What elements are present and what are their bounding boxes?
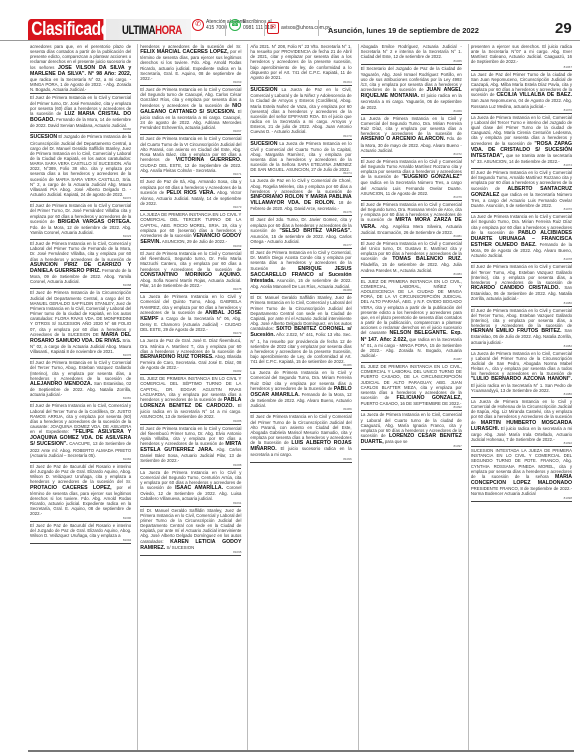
notice-code: 81071: [140, 173, 241, 176]
legal-notice: El Secretario del Juzgado de Paz de la C…: [361, 66, 462, 114]
legal-notice: La Jueza de Paz en lo Civil y Comercial …: [250, 178, 351, 216]
envelope-icon: ✉: [267, 22, 279, 34]
notice-code: 81097: [361, 445, 462, 448]
legal-notice: El Juez de Primera Instancia en lo Civil…: [140, 251, 241, 293]
notice-code: 81084: [30, 458, 131, 461]
legal-notice: presenten a ejercer sus derechos. El jui…: [471, 44, 572, 71]
legal-notice: El Juez de Primera Instancia en lo Civil…: [140, 426, 241, 469]
notice-code: 81083: [361, 273, 462, 276]
notice-text: ASUNCION, 29 de Julio de 2022.-: [161, 239, 227, 244]
notice-name: ARSENIO O ARCENIO ALARCON.: [361, 136, 445, 142]
legal-notice: EL JUEZ DE PRIMERA INSTANCIA EN LO CIVIL…: [361, 364, 462, 411]
notice-name: SUCESION: [30, 134, 57, 140]
contact-label: avisos@uhora.com.py: [281, 25, 331, 31]
notice-code: 81069: [140, 245, 241, 248]
legal-notice: El Juez de Paz de Itá, Abg. Armando Sosa…: [140, 179, 241, 211]
notice-text: La Jueza de Paz en lo Civil y Comercial …: [250, 178, 351, 193]
logo-ultima: ULTIMA: [122, 23, 155, 37]
notice-text: La Jueza de Primera Instancia en lo Civi…: [471, 351, 572, 377]
classifieds-columns: acreedores para que, en el perentorio pl…: [28, 44, 574, 750]
newspaper-logo: ULTIMAHORA: [122, 23, 182, 37]
notice-text: para que se: [384, 439, 408, 444]
notice-code: 81063: [140, 81, 241, 84]
notice-text: San Juan Nepomuceno, 04 de Agosto de 202…: [471, 98, 572, 108]
column-3: Año 2021. N° 208, Folio N° 23 Vlto. Secr…: [247, 44, 353, 750]
legal-notice: EL JUEZ DE PRIMERA INSTANCIA EN LO CIVIL…: [140, 376, 241, 424]
notice-code: 81081: [361, 235, 462, 238]
notice-text: Abog. Sofía Noemí Martín Rojas, Actuaria…: [140, 278, 241, 288]
notice-name: HERNAN EMILIO FRUTOS BRITEZ.: [471, 328, 562, 334]
notice-code: 81073: [140, 206, 241, 209]
notice-name: "SELSO BRITEZ VARGAS".: [279, 228, 351, 234]
legal-notice: La Jueza de Primera Instancia en lo Civi…: [471, 399, 572, 447]
notice-text: S/ SUCESION: [165, 545, 194, 550]
notice-code: 81067: [471, 66, 572, 69]
notice-text: PUERTO CASADO, 16 DE SEPTIEMBRE DE 2022.…: [361, 401, 462, 406]
notice-text: La Jueza de Paz en lo Civil, Comercial y…: [250, 87, 351, 134]
notice-text: El Juez de Paz de Itacurubí del Rosario …: [30, 523, 131, 538]
whatsapp-icon: ☎: [229, 19, 241, 31]
legal-notice: El Juez de Primera Instancia en lo Civil…: [250, 414, 351, 462]
legal-notice: El Juez de Primera Instancia en lo Civil…: [30, 241, 131, 289]
notice-name: "LULIO BERNARDO AZCONA HANONI".: [471, 376, 572, 382]
legal-notice: SUCESION La Jueza de Primera Instancia e…: [250, 141, 351, 178]
notice-code: 81081: [30, 397, 131, 400]
notice-name: RICARDO CANDIDO CRISTALDO.: [471, 285, 560, 291]
legal-notice: SUCESION INTESTADA LA JUEZA DE PRIMERA I…: [471, 448, 572, 501]
notice-text: El Juez de Primera Instancia en lo Civil…: [140, 251, 241, 271]
notice-name: "EUGENIO GONZALEZ": [401, 174, 461, 180]
notice-text: Filadelfia, 15 de setiembre de 2022. Abg…: [361, 262, 462, 272]
legal-notice: La Jueza de Primera Instancia en lo Civi…: [140, 294, 241, 337]
notice-code: 81064: [250, 81, 351, 84]
notice-text: El Juez de Primera Instancia de la Circu…: [30, 290, 131, 336]
logo-hora: HORA: [155, 23, 182, 37]
notice-code: 81074: [250, 172, 351, 175]
notice-code: 81023: [30, 235, 131, 238]
notice-code: 81092: [471, 442, 572, 445]
notice-name: BERNARDINO RUIZ TORRES.: [140, 354, 213, 360]
notice-code: 81098: [471, 497, 572, 500]
notice-text: Año 2021. N° 208, Folio N° 23 Vlto. Secr…: [250, 44, 351, 80]
legal-notice: La Jueza de Primera Instancia en lo Civi…: [361, 412, 462, 450]
legal-notice: El Juez de Primera Instancia de la Circu…: [30, 290, 131, 359]
legal-notice: El Juez de Primera Instancia en lo Civil…: [361, 159, 462, 201]
legal-notice: El Juez de Primera Instancia en lo Civil…: [471, 264, 572, 306]
notice-code: 81076: [30, 354, 131, 357]
notice-code: 81085: [140, 420, 241, 423]
notice-code: 81077: [250, 244, 351, 247]
notice-code: 81079: [361, 196, 462, 199]
notice-code: 81068: [30, 284, 131, 287]
notice-text: La Jueza de Paz de Gral. José E. Díaz Ñe…: [140, 338, 241, 353]
notice-text: El Juez de Paz de Itacurubí del Rosario …: [30, 464, 131, 484]
section-title: Clasificados: [28, 19, 103, 40]
notice-code: 81069: [361, 110, 462, 113]
notice-code: 81082: [471, 345, 572, 348]
notice-code: 81080: [250, 289, 351, 292]
legal-notice: EL JUEZ DE PRIMERA INSTANCIA EN LO CIVIL…: [361, 279, 462, 363]
notice-code: 81072: [361, 153, 462, 156]
legal-notice: El Juez de Primera Instancia en lo Civil…: [471, 308, 572, 350]
legal-notice: El Juez de Primera Instancia en lo Civil…: [30, 95, 131, 133]
legal-notice: La Jueza de Primera Instancia en lo Civi…: [471, 115, 572, 169]
notice-name: ISAAC AMARILLA.: [175, 485, 223, 491]
legal-notice: SUCESION La Jueza de Paz en lo Civil, Co…: [250, 87, 351, 139]
notice-code: 81095: [140, 551, 241, 554]
notice-code: 81076: [471, 208, 572, 211]
notice-text: El Juez de Primera Instancia en lo Civil…: [30, 360, 131, 380]
notice-code: 81094: [30, 539, 131, 542]
legal-notice: LA JUEZA DE PRIMERA INSTANCIA EN LO CIVI…: [140, 212, 241, 250]
contact-email: ✉ avisos@uhora.com.py: [267, 22, 331, 34]
legal-notice: herederos y acreedores de la sucesión de…: [140, 44, 241, 86]
notice-name: CECILIA VILLALBA DE BAEZ.: [497, 92, 572, 98]
legal-notice: El Dr. Manuel Geraldo Saffildin Stanley,…: [140, 508, 241, 556]
notice-name: PELIX RIOS VERA.: [166, 190, 215, 196]
notice-code: 81066: [30, 128, 131, 131]
notice-code: 81087: [361, 358, 462, 361]
notice-code: 81072: [30, 197, 131, 200]
notice-text: La Jueza de Primera Instancia en lo Civi…: [361, 116, 462, 136]
divider: [225, 20, 226, 36]
legal-notice: El Juez de Paz de Itacurubí del Rosario …: [30, 464, 131, 522]
notice-code: 81065: [361, 60, 462, 63]
notice-text: El Juzgado de Primera Instancia de la Ci…: [30, 134, 131, 197]
contact-value: 415 7000: [206, 25, 227, 31]
legal-notice: El Juez de Primera Instancia en lo Civil…: [361, 241, 462, 278]
legal-notice: El Juez de Primera Instancia en lo Civil…: [140, 87, 241, 135]
notice-code: 81086: [471, 393, 572, 396]
notice-text: Abg. Angélica Mera Silveira, Actuaria Ju…: [361, 224, 462, 235]
notice-code: 81082: [140, 370, 241, 373]
notice-text: Abogada Emilce Rodríguez, Actuaria Judic…: [361, 44, 462, 59]
notice-code: 81080: [471, 302, 572, 305]
legal-notice: Abogada Emilce Rodríguez, Actuaria Judic…: [361, 44, 462, 65]
notice-text: que radica en la Secretaría N° 02, a mi …: [30, 77, 131, 92]
notice-text: Asunción, 15 de setiembre de 2022. Abog.…: [250, 234, 351, 244]
legal-notice: La Jueza de Primera Instancia en lo Civi…: [140, 470, 241, 507]
column-1: acreedores para que, en el perentorio pl…: [28, 44, 133, 750]
page-header: Clasificados ULTIMAHORA ✆ Atención al cl…: [0, 0, 580, 40]
notice-name: SUCESION: [250, 141, 277, 147]
notice-code: 81091: [140, 502, 241, 505]
legal-notice: La Juez de Primera Instancia en lo Civil…: [471, 214, 572, 263]
notice-name: VICTORINA GUERRERO.: [176, 157, 242, 163]
column-2: herederos y acreedores de la sucesión de…: [137, 44, 243, 750]
column-5: presenten a ejercer sus derechos. El jui…: [468, 44, 574, 750]
notice-text: presenten a ejercer sus derechos. El jui…: [471, 44, 572, 64]
legal-notice: El Juez de Primera Instancia en lo Civil…: [140, 136, 241, 178]
notice-text: El Juez de Primera Instancia en lo Civil…: [471, 264, 572, 284]
notice-name: TOMAS BALENCIO RUIZ.: [392, 256, 462, 262]
legal-notice: El Juez de Paz de Itacurubí del Rosario …: [30, 523, 131, 544]
legal-notice: El Juez del 2do. Turno, Dr. Javier Gomez…: [250, 217, 351, 249]
notice-code: 81090: [30, 517, 131, 520]
notice-code: 81096: [250, 458, 351, 461]
notice-text: El Juez de Primera Instancia en lo Civil…: [140, 87, 241, 107]
notice-text: PRESIDENTE FRANCO, 8 de Septiembre de 20…: [471, 486, 572, 496]
notice-code: 81070: [250, 135, 351, 138]
legal-notice: El Dr. Manuel Geraldo Saffildin Stanley,…: [250, 295, 351, 369]
notice-code: 81092: [361, 406, 462, 409]
notice-code: 81075: [250, 211, 351, 214]
legal-notice: El Juez de Primera Instancia en lo Civil…: [30, 360, 131, 402]
notice-code: 81088: [140, 464, 241, 467]
notice-code: 81078: [140, 288, 241, 291]
notice-name: BRIGIDA VARGAS ORTEGA.: [58, 219, 132, 225]
notice-text: El juicio radica en la Secretaría N° 1. …: [471, 383, 572, 393]
footer-rule: [28, 750, 574, 752]
legal-notice: La Jueza de Primera Instancia en lo Civi…: [361, 116, 462, 158]
phone-icon: ✆: [192, 19, 204, 31]
legal-notice: La Jueza de Primera Instancia en lo Civi…: [471, 351, 572, 398]
header-rule: [0, 40, 580, 41]
page-number: 29: [555, 20, 572, 37]
legal-notice: Año 2021. N° 208, Folio N° 23 Vlto. Secr…: [250, 44, 351, 86]
legal-notice: acreedores para que, en el perentorio pl…: [30, 44, 131, 94]
notice-text: CIUDAD DEL ESTE, 12 de Septiembre de 202…: [140, 163, 241, 173]
notice-name: SUCESION: [250, 87, 277, 93]
dateline: Asunción, lunes 19 de septiembre de 2022: [328, 26, 479, 35]
notice-name: FELICIANO GONZALEZ,: [397, 395, 462, 401]
notice-code: 81074: [471, 164, 572, 167]
legal-notice: El Juez de Primera Instancia en lo Civil…: [471, 170, 572, 213]
legal-notice: La Juez de Paz del Primer Turno de la ci…: [471, 72, 572, 114]
notice-name: ALEJANDRO MENDOZA.: [30, 381, 92, 387]
notice-text: Fdo. de la Mora, 12 de setiembre de 2022…: [30, 225, 131, 235]
notice-code: 81078: [471, 258, 572, 261]
legal-notice: La Jueza de Primera Instancia en lo Civi…: [250, 370, 351, 413]
notice-code: 81067: [140, 130, 241, 133]
divider: [318, 20, 319, 36]
column-4: Abogada Emilce Rodríguez, Actuaria Judic…: [358, 44, 464, 750]
legal-notice: SUCESION El Juzgado de Primera Instancia…: [30, 134, 131, 202]
notice-code: 81086: [250, 364, 351, 367]
legal-notice: El Juez de Primera Instancia en lo Civil…: [30, 203, 131, 240]
notice-name: CONSTANTINO MORINIGO AQUINO.: [140, 272, 241, 278]
legal-notice: La Jueza de Paz de Gral. José E. Díaz Ñe…: [140, 338, 241, 375]
legal-notice: El Juez de Primera Instancia en lo Civil…: [361, 202, 462, 240]
notice-name: PROTACIO CACERES LOPEZ,: [30, 485, 112, 491]
notice-code: 81070: [471, 109, 572, 112]
notice-name: FELIX MARCIAL CACERES LOPEZ,: [140, 49, 228, 55]
notice-code: 81089: [250, 408, 351, 411]
divider: [264, 20, 265, 36]
legal-notice: El Juez de Primera Instancia en lo Civil…: [30, 403, 131, 463]
notice-text: El Juez de Primera Instancia en lo Civil…: [30, 241, 131, 261]
notice-text: El Juez de Primera Instancia en lo Civil…: [471, 308, 572, 328]
notice-text: EL JUEZ DE PRIMERA INSTANCIA EN LO CIVIL…: [361, 279, 462, 336]
notice-code: 81079: [140, 332, 241, 335]
notice-text: que radica en la Secretaría Número Tres,…: [361, 180, 462, 195]
legal-notice: El Juez de Primera Instancia en lo Civil…: [250, 250, 351, 294]
